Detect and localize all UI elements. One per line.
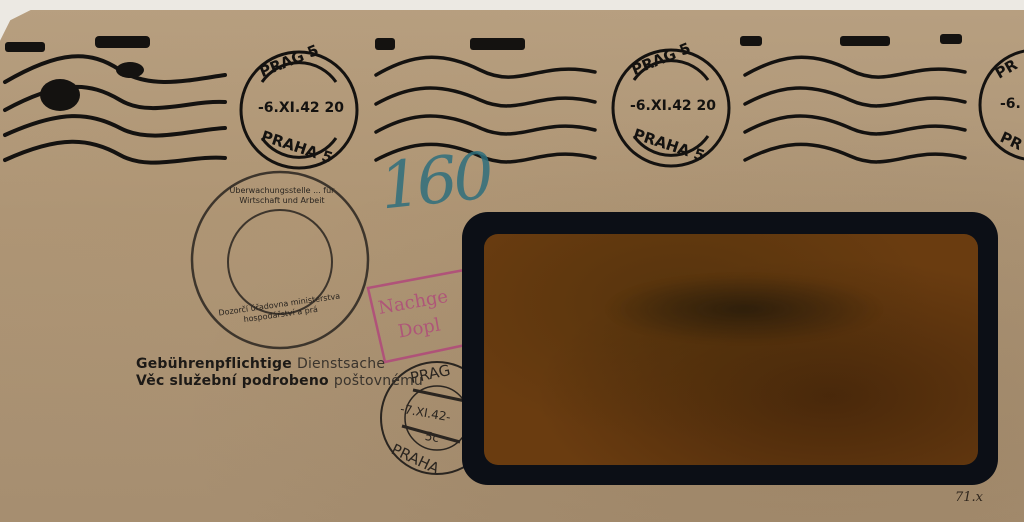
printed-line-czech: Věc služební podrobeno poštovnému <box>136 373 423 389</box>
seal-top-text: Überwachungsstelle ... für Wirtschaft un… <box>222 186 342 205</box>
address-window <box>462 212 998 485</box>
scan-canvas: PRAG 5 -6.XI.42 20 PRAHA 5 PRAG 5 -6.XI.… <box>0 0 1024 522</box>
wavy-cancel-lines-1 <box>5 56 225 162</box>
arrival-office: 5c <box>424 429 440 445</box>
printed-line-german: Gebührenpflichtige Dienstsache <box>136 356 385 372</box>
printed-line-czech-bold: Věc služební podrobeno <box>136 373 329 389</box>
printed-line-german-bold: Gebührenpflichtige <box>136 356 292 372</box>
pencil-number: 160 <box>377 144 493 219</box>
corner-pencil-note: 71.x <box>955 490 983 505</box>
postmark-3-date: -6. <box>1000 96 1021 112</box>
postmark-2-date: -6.XI.42 20 <box>630 98 716 114</box>
address-window-pane <box>484 234 978 465</box>
printed-line-german-light: Dienstsache <box>297 356 385 372</box>
illegible-address <box>604 274 884 344</box>
postmark-1-date: -6.XI.42 20 <box>258 100 344 116</box>
wavy-cancel-lines-3 <box>745 57 965 162</box>
